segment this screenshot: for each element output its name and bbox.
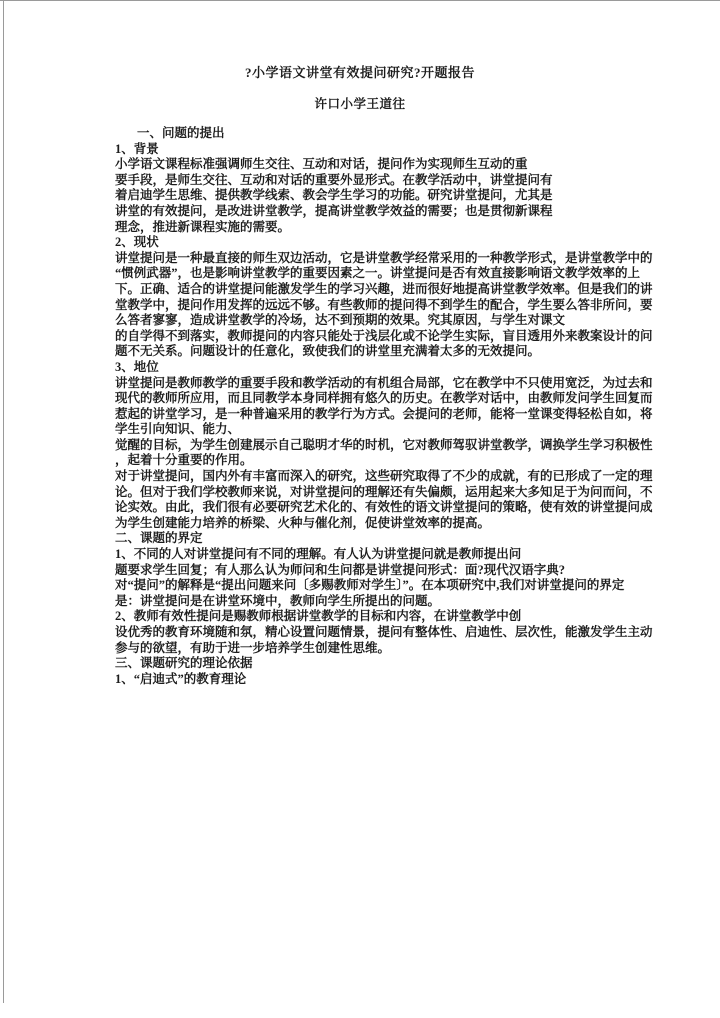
document-line: 着启迪学生思维、提供教学线索、教会学生学习的功能。研究讲堂提问，尤其是 [115, 188, 695, 204]
document-line: 惹起的讲堂学习，是一种普遍采用的教学行为方式。会提问的老师，能将一堂课变得轻松自… [115, 407, 695, 423]
document-line: 小学语文课程标准强调师生交往、互动和对话，提问作为实现师生互动的重 [115, 157, 695, 173]
document-line: 参与的欲望，有助于进一步培养学生创建性思维。 [115, 641, 695, 657]
document-line: “惯例武器”，也是影响讲堂教学的重要因素之一。讲堂提问是否有效直接影响语文教学效… [115, 266, 695, 282]
document-line: 是：讲堂提问是在讲堂环境中，教师向学生所提出的问题。 [115, 594, 695, 610]
document-line: 1、背景 [115, 142, 695, 158]
document-line: 对“提问”的解释是“提出问题来问〔多赐教师对学生〕”。在本项研究中,我们对讲堂提… [115, 578, 695, 594]
document-line: 理念，推进新课程实施的需要。 [115, 220, 695, 236]
document-line: 三、课题研究的理论依据 [115, 656, 695, 672]
document-line: 下。正确、适合的讲堂提问能激发学生的学习兴趣，进而很好地提高讲堂教学效率。但是我… [115, 282, 695, 298]
document-line: 1、不同的人对讲堂提问有不同的理解。有人认为讲堂提问就是教师提出问 [115, 547, 695, 563]
document-line: 一、问题的提出 [115, 126, 695, 142]
document-line: 设优秀的教育环境随和氛，精心设置问题情景，提问有整体性、启迪性、层次性，能激发学… [115, 625, 695, 641]
document-line: 二、课题的界定 [115, 531, 695, 547]
document-line: 题要求学生回复；有人那么认为师问和生问都是讲堂提问形式：面?现代汉语字典? [115, 563, 695, 579]
document-line: 讲堂提问是一种最直接的师生双边活动，它是讲堂教学经常采用的一种教学形式，是讲堂教… [115, 251, 695, 267]
document-line: 觉醒的目标，为学生创建展示自己聪明才华的时机，它对教师驾驭讲堂教学，调换学生学习… [115, 438, 695, 454]
document-author: 许口小学王道往 [0, 94, 720, 112]
document-line: 么答者寥寥，造成讲堂教学的冷场，达不到预期的效果。究其原因，与学生对课文 [115, 313, 695, 329]
document-line: 论。但对于我们学校教师来说，对讲堂提问的理解还有失偏颇，运用起来大多知足于为问而… [115, 485, 695, 501]
document-line: 1、“启迪式”的教育理论 [115, 672, 695, 688]
document-body: 一、问题的提出1、背景小学语文课程标准强调师生交往、互动和对话，提问作为实现师生… [115, 126, 695, 687]
document-line: 现代的教师所应用，而且同教学本身同样拥有悠久的历史。在教学对话中，由教师发问学生… [115, 391, 695, 407]
document-line: 3、地位 [115, 360, 695, 376]
document-line: 堂教学中，提问作用发挥的远远不够。有些教师的提问得不到学生的配合，学生要么答非所… [115, 298, 695, 314]
document-page: ?小学语文讲堂有效提问研究?开题报告 许口小学王道往 一、问题的提出1、背景小学… [0, 0, 720, 1018]
document-line: 学生引向知识、能力、 [115, 422, 695, 438]
document-line: 为学生创建能力培养的桥梁、火种与催化剂，促使讲堂效率的提高。 [115, 516, 695, 532]
document-line: 讲堂的有效提问，是改进讲堂教学，提高讲堂教学效益的需要；也是贯彻新课程 [115, 204, 695, 220]
document-line: 的自学得不到落实，教师提问的内容只能处于浅层化或不论学生实际，盲目透用外来教案设… [115, 329, 695, 345]
page-top-edge-line [0, 0, 720, 1]
document-title: ?小学语文讲堂有效提问研究?开题报告 [0, 62, 720, 81]
document-line: 题不无关系。问题设计的任意化，致使我们的讲堂里充满着太多的无效提问。 [115, 344, 695, 360]
document-line: 2、现状 [115, 235, 695, 251]
document-line: 2、教师有效性提问是赐教师根据讲堂教学的目标和内容，在讲堂教学中创 [115, 609, 695, 625]
document-line: 讲堂提问是教师教学的重要手段和教学活动的有机组合局部，它在教学中不只使用宽泛，为… [115, 376, 695, 392]
document-line: 对于讲堂提问，国内外有丰富而深入的研究，这些研究取得了不少的成就，有的已形成了一… [115, 469, 695, 485]
page-left-edge-line [3, 0, 4, 1003]
document-line: 要手段，是师生交往、互动和对话的重要外显形式。在教学活动中，讲堂提问有 [115, 173, 695, 189]
document-line: ，起着十分重要的作用。 [115, 453, 695, 469]
document-line: 论实效。由此，我们很有必要研究艺术化的、有效性的语文讲堂提问的策略，使有效的讲堂… [115, 500, 695, 516]
